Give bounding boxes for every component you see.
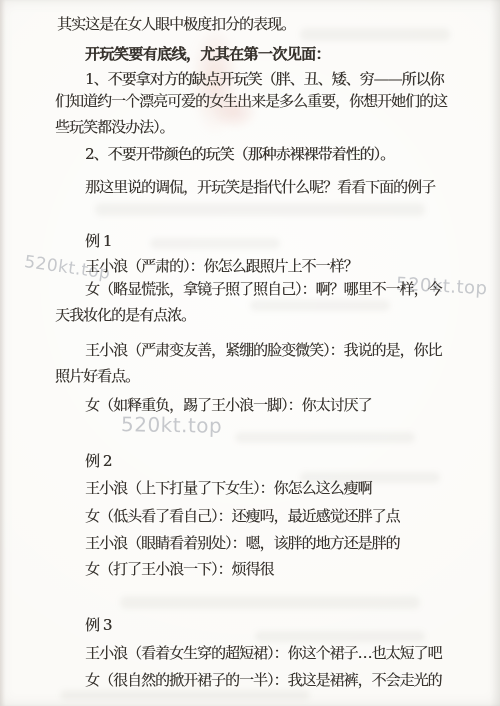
scan-bleedthrough (255, 631, 425, 642)
scan-bleedthrough (235, 432, 415, 443)
scan-bleedthrough (300, 28, 450, 41)
watermark-text: 520kt.top (121, 412, 223, 438)
scan-bleedthrough (60, 690, 310, 700)
scanned-book-page: 520kt.top 520kt.top 520kt.top 其实这是在女人眼中极… (0, 0, 500, 706)
dialog-line: 女（低头看了看自己）：还瘦吗，最近感觉还胖了点 (85, 506, 400, 526)
example-label: 例 3 (85, 615, 111, 635)
scan-bleedthrough (95, 203, 425, 216)
scan-bleedthrough (250, 300, 390, 311)
dialog-line: 王小浪（看着女生穿的超短裙）：你这个裙子…也太短了吧 (85, 643, 442, 663)
dialog-line: 女（略显慌张，拿镜子照了照自己）：啊？哪里不一样，今 (85, 279, 442, 299)
page-edge-shade (490, 0, 500, 706)
dialog-line: 女（打了王小浪一下）：烦得很 (85, 559, 274, 579)
example-label: 例 1 (85, 231, 111, 251)
paragraph-line: 些玩笑都没办法）。 (55, 117, 174, 137)
example-label: 例 2 (85, 451, 111, 471)
dialog-line: 天我妆化的是有点浓。 (55, 305, 195, 325)
paragraph-line: 们知道约一个漂亮可爱的女生出来是多么重要，你想开她们的这 (55, 91, 447, 111)
paragraph-line: 2、不要开带颜色的玩笑（那种赤裸裸带着性的）。 (85, 144, 394, 164)
paragraph-line: 其实这是在女人眼中极度扣分的表现。 (57, 14, 295, 34)
dialog-line: 王小浪（严肃变友善，紧绷的脸变微笑）：我说的是，你比 (85, 340, 442, 360)
dialog-line: 照片好看点。 (55, 366, 139, 386)
dialog-line: 王小浪（严肃的）：你怎么跟照片上不一样？ (85, 256, 358, 276)
page-edge-shade (0, 0, 6, 706)
dialog-line: 王小浪（眼睛看着别处）：嗯，该胖的地方还是胖的 (85, 533, 400, 553)
paragraph-line: 1、不要拿对方的缺点开玩笑（胖、丑、矮、穷——所以你 (85, 69, 444, 89)
dialog-line: 王小浪（上下打量了下女生）：你怎么这么瘦啊 (85, 478, 372, 498)
heading-line: 开玩笑要有底线，尤其在第一次见面： (85, 44, 330, 64)
paragraph-line: 那这里说的调侃，开玩笑是指代什么呢？看看下面的例子 (85, 177, 435, 197)
dialog-line: 女（如释重负，踢了王小浪一脚）：你太讨厌了 (85, 395, 372, 415)
dialog-line: 女（很自然的掀开裙子的一半）：我这是裙裤，不会走光的 (85, 670, 442, 690)
scan-bleedthrough (120, 596, 420, 609)
scan-bleedthrough (150, 238, 280, 249)
